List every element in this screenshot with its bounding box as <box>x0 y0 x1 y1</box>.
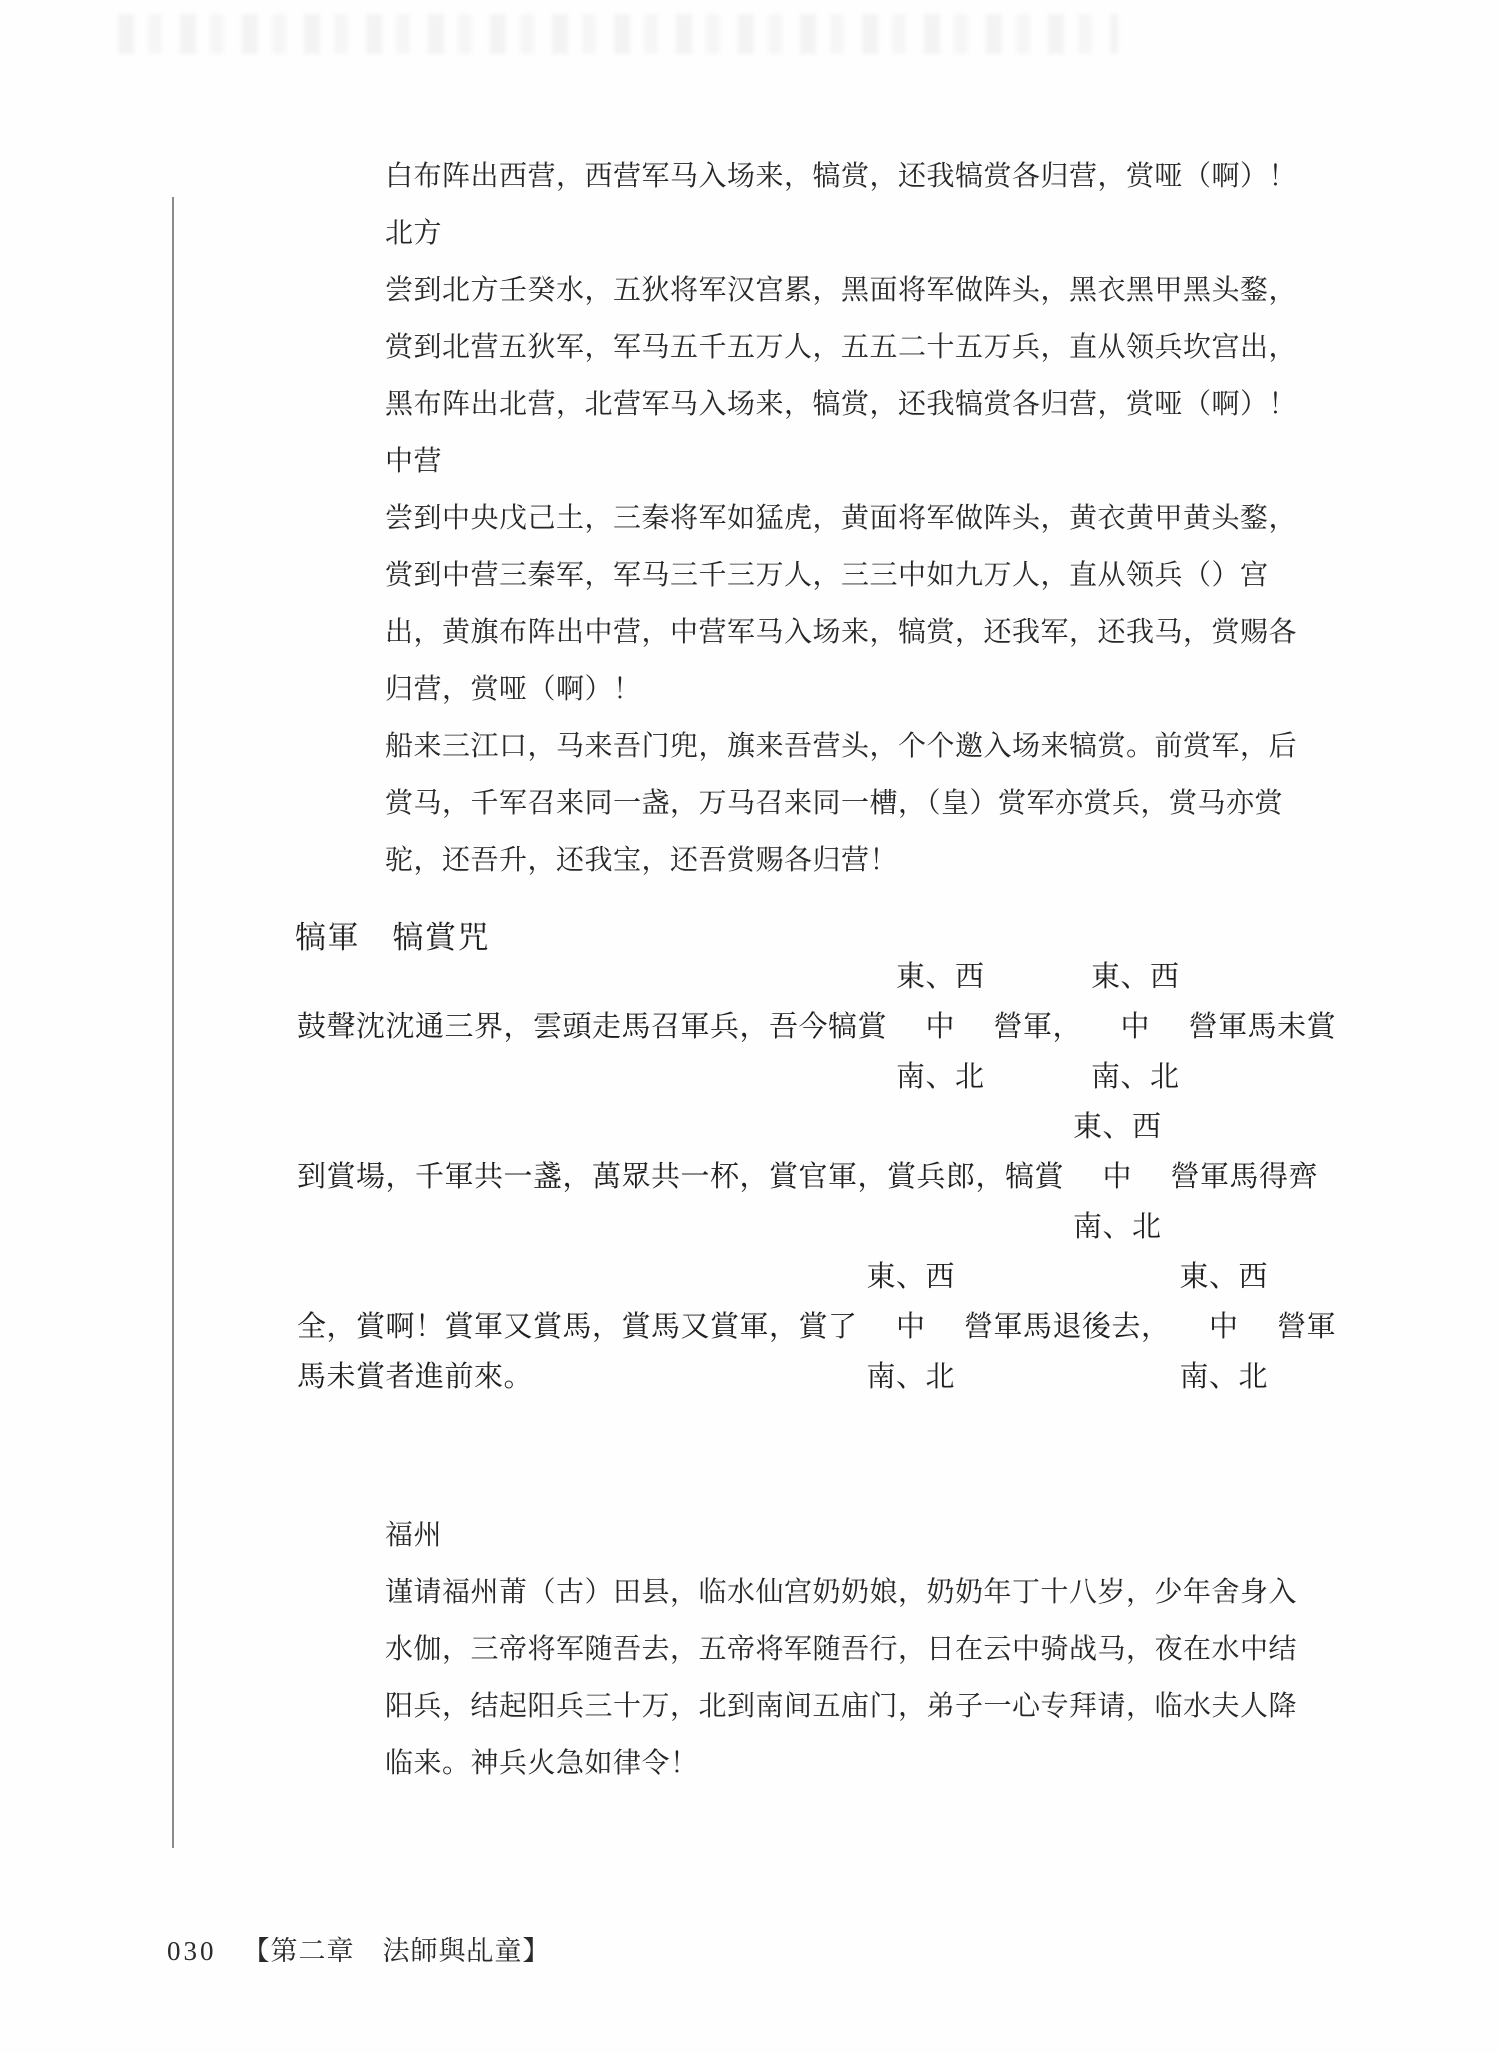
chant-text: 鼓聲沈沈通三界，雲頭走馬召軍兵，吾今犒賞 <box>297 952 887 1052</box>
direction-variant-stack: 東、西中南、北 <box>887 952 994 1102</box>
text-line: 赏到中营三秦军，军马三千三万人，三三中如九万人，直从领兵（）宫 <box>385 547 1297 604</box>
anno-below: 南、北 <box>896 1052 985 1102</box>
direction-variant-stack: 東、西中南、北 <box>1082 952 1189 1102</box>
text-line: 中营 <box>385 433 1297 490</box>
ritual-text-block: 白布阵出西营，西营军马入场来，犒赏，还我犒赏各归营，赏哑（啊）！北方尝到北方壬癸… <box>385 148 1297 889</box>
fuzhou-text-block: 福州谨请福州莆（古）田县，临水仙宫奶奶娘，奶奶年丁十八岁，少年舍身入水伽，三帝将… <box>385 1507 1297 1792</box>
chant-block: 鼓聲沈沈通三界，雲頭走馬召軍兵，吾今犒賞東、西中南、北營軍，東、西中南、北營軍馬… <box>297 952 1336 1402</box>
text-line: 赏马，千军召来同一盏，万马召来同一槽，（皇）赏军亦赏兵，赏马亦赏 <box>385 775 1297 832</box>
text-line: 黑布阵出北营，北营军马入场来，犒赏，还我犒赏各归营，赏哑（啊）！ <box>385 376 1297 433</box>
text-line: 船来三江口，马来吾门兜，旗来吾营头，个个邀入场来犒赏。前赏军，后 <box>385 718 1297 775</box>
direction-variant-stack: 東、西中南、北 <box>1064 1102 1171 1252</box>
anno-mid: 中 <box>1103 1152 1133 1202</box>
chant-line: 全，賞啊！賞軍又賞馬，賞馬又賞軍，賞了東、西中南、北營軍馬退後去，東、西中南、北… <box>297 1252 1336 1402</box>
anno-above: 東、西 <box>1091 952 1180 1002</box>
text-line: 尝到中央戊己土，三秦将军如猛虎，黄面将军做阵头，黄衣黄甲黄头鍪， <box>385 490 1297 547</box>
chant-text: 營軍馬退後去， <box>964 1252 1171 1352</box>
text-line: 出，黄旗布阵出中营，中营军马入场来，犒赏，还我军，还我马，赏赐各 <box>385 604 1297 661</box>
anno-below: 南、北 <box>867 1352 956 1402</box>
chapter-title: 【第二章 法師與乩童】 <box>243 1936 551 1966</box>
anno-mid: 中 <box>926 1002 956 1052</box>
text-line: 阳兵，结起阳兵三十万，北到南间五庙门，弟子一心专拜请，临水夫人降 <box>385 1678 1297 1735</box>
anno-below: 南、北 <box>1073 1202 1162 1252</box>
anno-above: 東、西 <box>1180 1252 1269 1302</box>
text-line: 驼，还吾升，还我宝，还吾赏赐各归营！ <box>385 832 1297 889</box>
chant-text: 營軍 <box>1277 1252 1336 1352</box>
text-line: 北方 <box>385 205 1297 262</box>
chant-text: 營軍馬得齊 <box>1171 1102 1319 1202</box>
chant-text: 營軍， <box>994 952 1083 1052</box>
text-line: 尝到北方壬癸水，五狄将军汉宫累，黑面将军做阵头，黑衣黑甲黑头鍪， <box>385 262 1297 319</box>
anno-mid: 中 <box>1121 1002 1151 1052</box>
chant-continuation: 馬未賞者進前來。 <box>297 1352 533 1402</box>
direction-variant-stack: 東、西中南、北 <box>858 1252 965 1402</box>
text-line: 水伽，三帝将军随吾去，五帝将军随吾行，日在云中骑战马，夜在水中结 <box>385 1621 1297 1678</box>
text-line: 白布阵出西营，西营军马入场来，犒赏，还我犒赏各归营，赏哑（啊）！ <box>385 148 1297 205</box>
chant-text: 到賞場，千軍共一盞，萬眾共一杯，賞官軍，賞兵郎，犒賞 <box>297 1102 1064 1202</box>
anno-mid: 中 <box>896 1302 926 1352</box>
chant-line: 鼓聲沈沈通三界，雲頭走馬召軍兵，吾今犒賞東、西中南、北營軍，東、西中南、北營軍馬… <box>297 952 1336 1102</box>
text-line: 谨请福州莆（古）田县，临水仙宫奶奶娘，奶奶年丁十八岁，少年舍身入 <box>385 1564 1297 1621</box>
direction-variant-stack: 東、西中南、北 <box>1171 1252 1278 1402</box>
chant-text: 全，賞啊！賞軍又賞馬，賞馬又賞軍，賞了 <box>297 1252 858 1352</box>
anno-above: 東、西 <box>867 1252 956 1302</box>
page-number: 030 <box>167 1936 217 1966</box>
text-line: 赏到北营五狄军，军马五千五万人，五五二十五万兵，直从领兵坎宫出， <box>385 319 1297 376</box>
text-line: 福州 <box>385 1507 1297 1564</box>
page-footer: 030【第二章 法師與乩童】 <box>167 1929 551 1968</box>
text-line: 归营，赏哑（啊）！ <box>385 661 1297 718</box>
anno-below: 南、北 <box>1180 1352 1269 1402</box>
anno-below: 南、北 <box>1091 1052 1180 1102</box>
chant-line: 到賞場，千軍共一盞，萬眾共一杯，賞官軍，賞兵郎，犒賞東、西中南、北營軍馬得齊 <box>297 1102 1336 1252</box>
anno-above: 東、西 <box>1073 1102 1162 1152</box>
chant-text: 營軍馬未賞 <box>1189 952 1337 1052</box>
anno-mid: 中 <box>1209 1302 1239 1352</box>
left-margin-rule <box>172 197 174 1848</box>
bleedthrough-smudge <box>118 14 1118 54</box>
text-line: 临来。神兵火急如律令！ <box>385 1735 1297 1792</box>
anno-above: 東、西 <box>896 952 985 1002</box>
section-heading: 犒軍 犒賞咒 <box>295 912 490 957</box>
